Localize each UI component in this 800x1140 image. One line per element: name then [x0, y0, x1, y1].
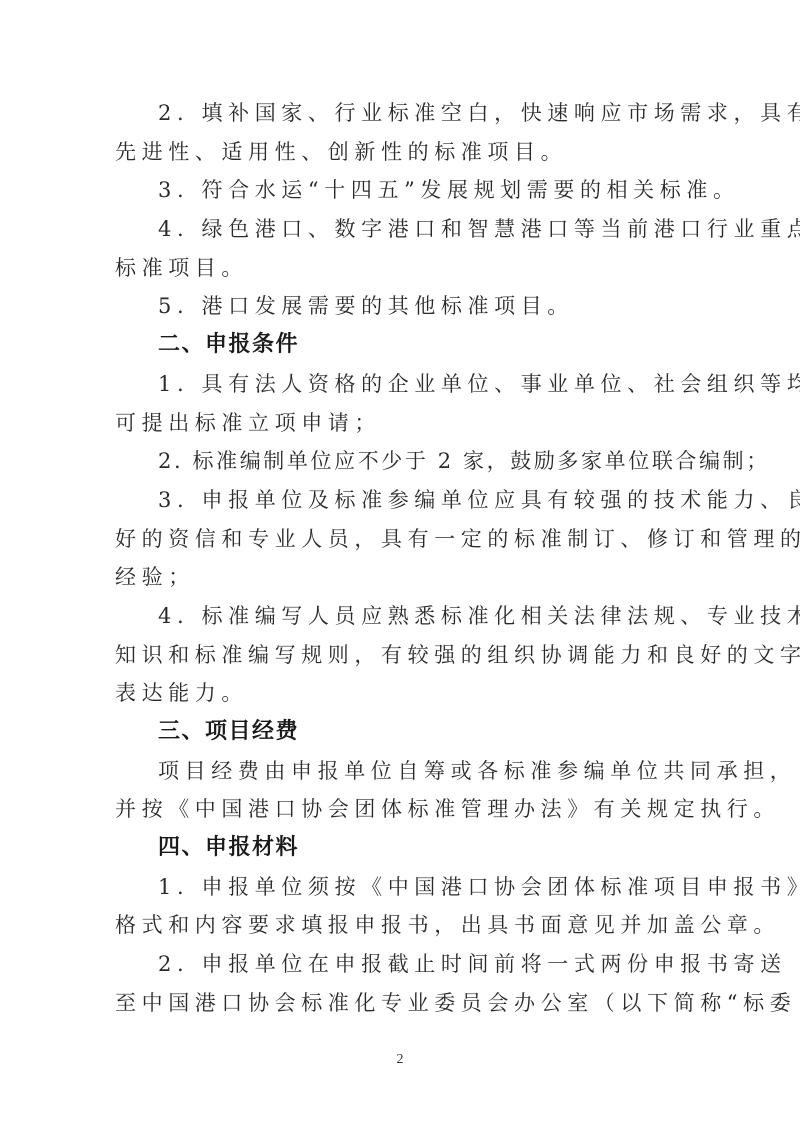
list-item-3: 3. 符合水运“十四五”发展规划需要的相关标准。	[115, 171, 687, 210]
condition-4-line-3: 表达能力。	[115, 674, 687, 713]
document-page: 2. 填补国家、行业标准空白，快速响应市场需求，具有 先进性、适用性、创新性的标…	[0, 0, 800, 1140]
condition-4-line-1: 4. 标准编写人员应熟悉标准化相关法律法规、专业技术	[115, 597, 687, 636]
condition-3-line-2: 好的资信和专业人员，具有一定的标准制订、修订和管理的	[115, 520, 687, 559]
condition-1-line-2: 可提出标准立项申请；	[115, 404, 687, 443]
condition-3-line-1: 3. 申报单位及标准参编单位应具有较强的技术能力、良	[115, 481, 687, 520]
list-item-2-line-2: 先进性、适用性、创新性的标准项目。	[115, 133, 687, 172]
funding-paragraph-line-2: 并按《中国港口协会团体标准管理办法》有关规定执行。	[115, 790, 687, 829]
material-1-line-1: 1. 申报单位须按《中国港口协会团体标准项目申报书》	[115, 868, 687, 907]
list-item-4-line-1: 4. 绿色港口、数字港口和智慧港口等当前港口行业重点	[115, 210, 687, 249]
condition-1-line-1: 1. 具有法人资格的企业单位、事业单位、社会组织等均	[115, 365, 687, 404]
condition-2: 2. 标准编制单位应不少于 2 家，鼓励多家单位联合编制；	[115, 442, 687, 481]
material-2-line-2: 至中国港口协会标准化专业委员会办公室（以下简称“标委	[115, 984, 687, 1023]
section-heading-application-materials: 四、申报材料	[115, 829, 687, 868]
material-1-line-2: 格式和内容要求填报申报书，出具书面意见并加盖公章。	[115, 906, 687, 945]
section-heading-application-conditions: 二、申报条件	[115, 326, 687, 365]
list-item-5: 5. 港口发展需要的其他标准项目。	[115, 287, 687, 326]
list-item-2-line-1: 2. 填补国家、行业标准空白，快速响应市场需求，具有	[115, 94, 687, 133]
list-item-4-line-2: 标准项目。	[115, 249, 687, 288]
page-number: 2	[0, 1052, 800, 1068]
condition-4-line-2: 知识和标准编写规则，有较强的组织协调能力和良好的文字	[115, 636, 687, 675]
document-body: 2. 填补国家、行业标准空白，快速响应市场需求，具有 先进性、适用性、创新性的标…	[115, 94, 687, 1023]
funding-paragraph-line-1: 项目经费由申报单位自筹或各标准参编单位共同承担，	[115, 752, 687, 791]
material-2-line-1: 2. 申报单位在申报截止时间前将一式两份申报书寄送	[115, 945, 687, 984]
section-heading-project-funding: 三、项目经费	[115, 713, 687, 752]
condition-3-line-3: 经验；	[115, 558, 687, 597]
